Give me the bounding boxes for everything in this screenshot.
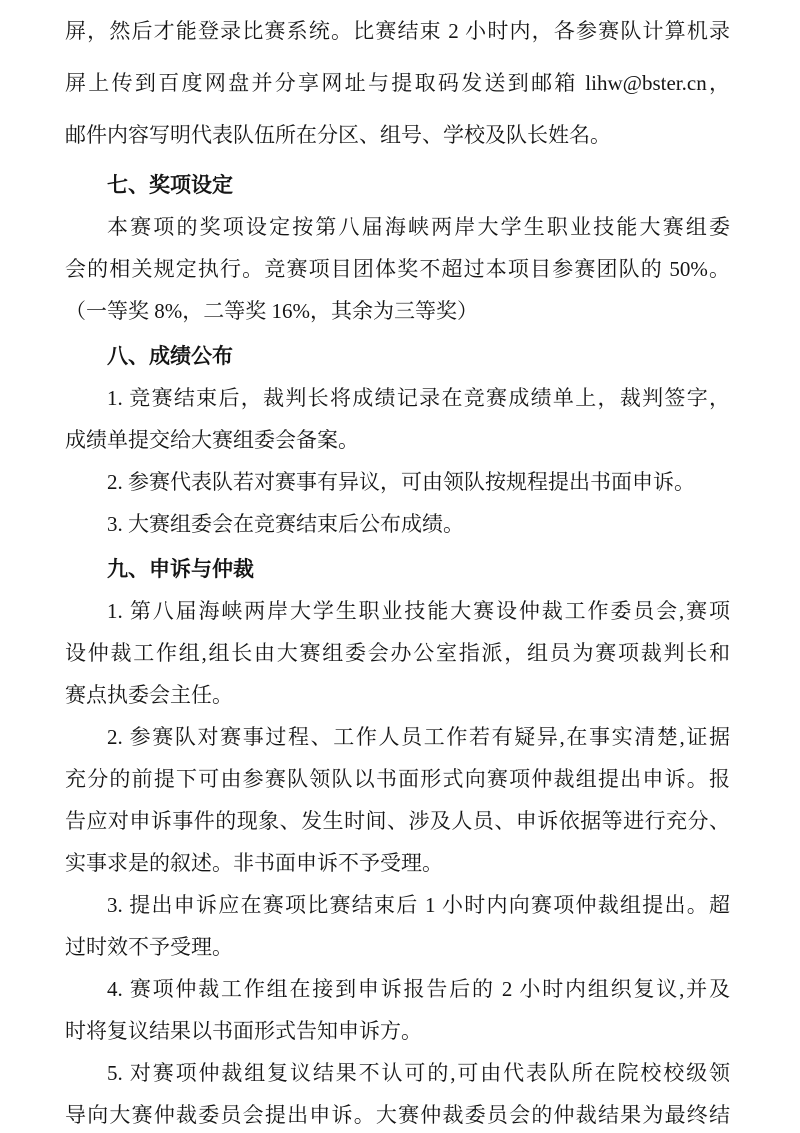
paragraph-line: 会的相关规定执行。竞赛项目团体奖不超过本项目参赛团队的 50%。 [65, 248, 730, 290]
paragraph-line: 邮件内容写明代表队伍所在分区、组号、学校及队长姓名。 [65, 109, 730, 161]
paragraph-line: 成绩单提交给大赛组委会备案。 [65, 419, 730, 461]
paragraph-line: 4. 赛项仲裁工作组在接到申诉报告后的 2 小时内组织复议,并及 [65, 968, 730, 1010]
paragraph: 2. 参赛代表队若对赛事有异议，可由领队按规程提出书面申诉。 [65, 461, 730, 503]
paragraph-line: 时将复议结果以书面形式告知申诉方。 [65, 1010, 730, 1052]
paragraph-line: 2. 参赛代表队若对赛事有异议，可由领队按规程提出书面申诉。 [65, 461, 730, 503]
paragraph-line: 赛点执委会主任。 [65, 674, 730, 716]
paragraph-line: 5. 对赛项仲裁组复议结果不认可的,可由代表队所在院校校级领 [65, 1052, 730, 1094]
paragraph-line: 3. 提出申诉应在赛项比赛结束后 1 小时内向赛项仲裁组提出。超 [65, 884, 730, 926]
paragraph: 1. 竞赛结束后，裁判长将成绩记录在竞赛成绩单上，裁判签字，成绩单提交给大赛组委… [65, 377, 730, 461]
paragraph-line: 屏，然后才能登录比赛系统。比赛结束 2 小时内，各参赛队计算机录 [65, 5, 730, 57]
paragraph-line: 1. 竞赛结束后，裁判长将成绩记录在竞赛成绩单上，裁判签字， [65, 377, 730, 419]
section-heading: 七、奖项设定 [65, 164, 730, 206]
paragraph: 4. 赛项仲裁工作组在接到申诉报告后的 2 小时内组织复议,并及时将复议结果以书… [65, 968, 730, 1052]
paragraph: 屏，然后才能登录比赛系统。比赛结束 2 小时内，各参赛队计算机录屏上传到百度网盘… [65, 5, 730, 161]
paragraph: 3. 大赛组委会在竞赛结束后公布成绩。 [65, 503, 730, 545]
paragraph: 2. 参赛队对赛事过程、工作人员工作若有疑异,在事实清楚,证据充分的前提下可由参… [65, 716, 730, 884]
paragraph-line: 充分的前提下可由参赛队领队以书面形式向赛项仲裁组提出申诉。报 [65, 758, 730, 800]
paragraph-line: 告应对申诉事件的现象、发生时间、涉及人员、申诉依据等进行充分、 [65, 800, 730, 842]
section-heading: 八、成绩公布 [65, 335, 730, 377]
document-content: 屏，然后才能登录比赛系统。比赛结束 2 小时内，各参赛队计算机录屏上传到百度网盘… [65, 5, 730, 1133]
paragraph-line: 过时效不予受理。 [65, 926, 730, 968]
paragraph: 1. 第八届海峡两岸大学生职业技能大赛设仲裁工作委员会,赛项设仲裁工作组,组长由… [65, 590, 730, 716]
paragraph-line: 2. 参赛队对赛事过程、工作人员工作若有疑异,在事实清楚,证据 [65, 716, 730, 758]
paragraph-line: 本赛项的奖项设定按第八届海峡两岸大学生职业技能大赛组委 [65, 206, 730, 248]
paragraph: 5. 对赛项仲裁组复议结果不认可的,可由代表队所在院校校级领导向大赛仲裁委员会提… [65, 1052, 730, 1133]
paragraph-line: 实事求是的叙述。非书面申诉不予受理。 [65, 842, 730, 884]
paragraph-line: （一等奖 8%，二等奖 16%，其余为三等奖） [65, 290, 730, 332]
paragraph-line: 导向大赛仲裁委员会提出申诉。大赛仲裁委员会的仲裁结果为最终结 [65, 1094, 730, 1133]
paragraph-line: 设仲裁工作组,组长由大赛组委会办公室指派，组员为赛项裁判长和 [65, 632, 730, 674]
paragraph-line: 屏上传到百度网盘并分享网址与提取码发送到邮箱 lihw@bster.cn， [65, 57, 730, 109]
paragraph: 本赛项的奖项设定按第八届海峡两岸大学生职业技能大赛组委会的相关规定执行。竞赛项目… [65, 206, 730, 332]
section-heading: 九、申诉与仲裁 [65, 548, 730, 590]
paragraph-line: 1. 第八届海峡两岸大学生职业技能大赛设仲裁工作委员会,赛项 [65, 590, 730, 632]
paragraph: 3. 提出申诉应在赛项比赛结束后 1 小时内向赛项仲裁组提出。超过时效不予受理。 [65, 884, 730, 968]
document-page: 屏，然后才能登录比赛系统。比赛结束 2 小时内，各参赛队计算机录屏上传到百度网盘… [0, 0, 800, 1133]
paragraph-line: 3. 大赛组委会在竞赛结束后公布成绩。 [65, 503, 730, 545]
